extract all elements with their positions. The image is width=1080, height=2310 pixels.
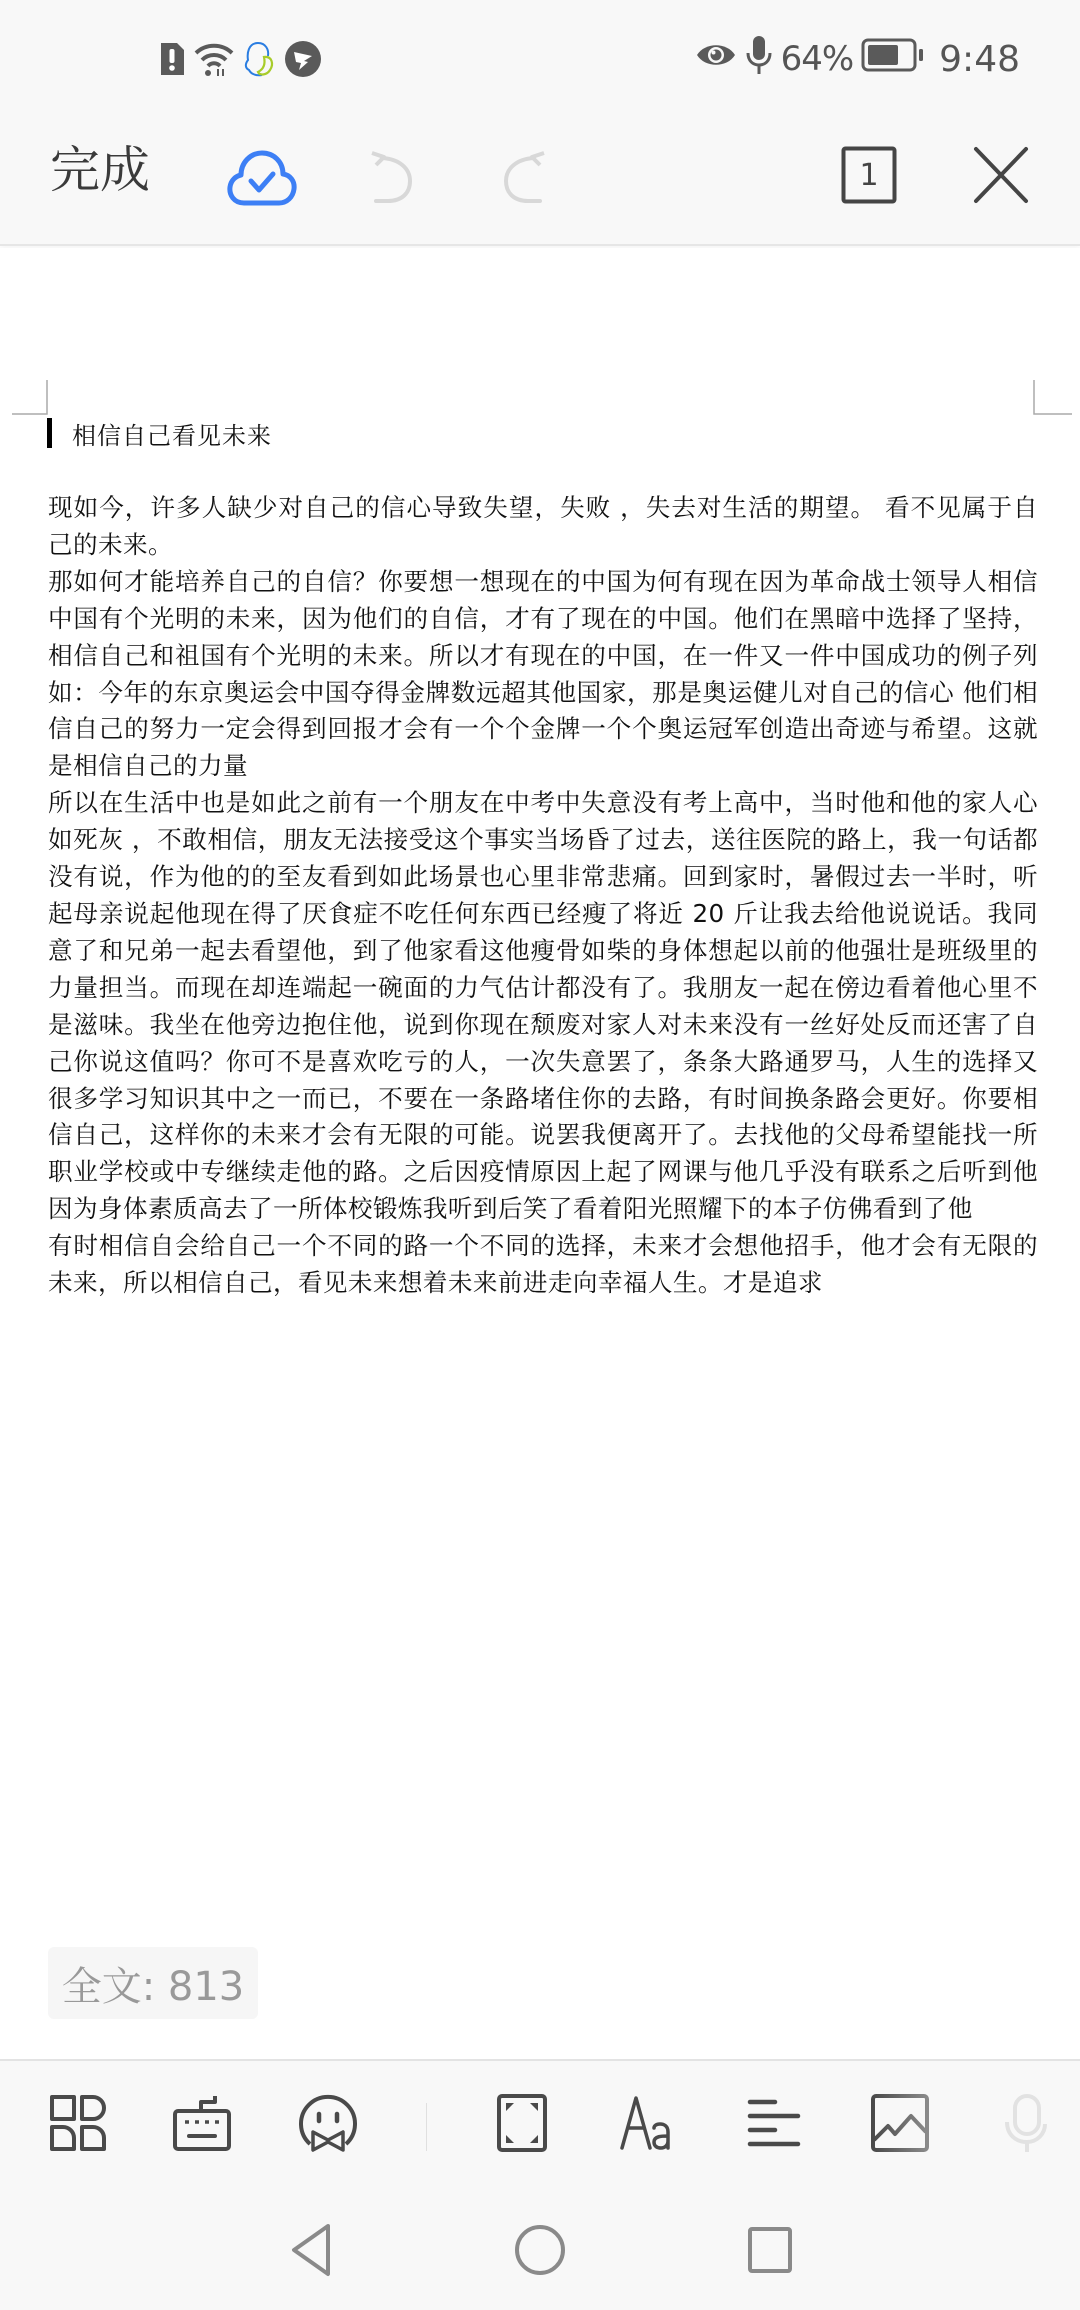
eye-comfort-icon <box>695 39 737 79</box>
clock: 9:48 <box>939 39 1020 80</box>
back-icon[interactable] <box>282 2220 342 2280</box>
done-button[interactable]: 完成 <box>50 140 150 200</box>
apps-grid-icon[interactable] <box>48 2093 108 2153</box>
voice-input-icon[interactable] <box>996 2093 1056 2153</box>
paragraph[interactable]: 有时相信自会给自己一个不同的路一个不同的选择，未来才会想他招手，他才会有无限的未… <box>48 1228 1038 1302</box>
font-style-icon[interactable] <box>618 2093 678 2153</box>
paragraph-align-icon[interactable] <box>744 2093 804 2153</box>
battery-icon <box>861 38 925 81</box>
paragraph[interactable]: 现如今，许多人缺少对自己的信心导致失望，失败 ，失去对生活的期望。 看不见属于自… <box>48 490 1038 564</box>
margin-corner-top-right <box>1032 380 1072 420</box>
battery-percent: 64% <box>781 39 854 79</box>
emoji-bowtie-icon[interactable] <box>298 2093 358 2153</box>
margin-corner-top-left <box>12 380 50 420</box>
keyboard-icon[interactable] <box>172 2093 232 2153</box>
qq-call-icon <box>242 40 276 82</box>
page-count: 1 <box>840 145 898 205</box>
insert-image-icon[interactable] <box>870 2093 930 2153</box>
status-right: 64% 9:48 <box>695 36 1020 82</box>
status-left-icons <box>158 40 322 82</box>
paragraph[interactable]: 所以在生活中也是如此之前有一个朋友在中考中失意没有考上高中，当时他和他的家人心如… <box>48 785 1038 1228</box>
text-cursor <box>47 418 52 448</box>
fullscreen-icon[interactable] <box>492 2093 552 2153</box>
close-icon[interactable] <box>970 144 1032 206</box>
page-count-button[interactable]: 1 <box>840 145 898 205</box>
alert-notification-icon <box>158 41 186 81</box>
recents-icon[interactable] <box>740 2220 800 2280</box>
document-title[interactable]: 相信自己看见未来 <box>72 416 272 451</box>
document-body[interactable]: 现如今，许多人缺少对自己的信心导致失望，失败 ，失去对生活的期望。 看不见属于自… <box>48 490 1038 1302</box>
microphone-icon <box>745 35 773 84</box>
document-title-row[interactable]: 相信自己看见未来 <box>47 418 272 448</box>
paragraph[interactable]: 那如何才能培养自己的自信？你要想一想现在的中国为何有现在因为革命战士领导人相信中… <box>48 564 1038 785</box>
status-bar: 64% 9:48 <box>0 0 1080 100</box>
system-nav-bar <box>0 2190 1080 2310</box>
redo-icon[interactable] <box>496 146 552 206</box>
cloud-saved-icon[interactable] <box>224 146 300 210</box>
document-canvas[interactable]: 相信自己看见未来 现如今，许多人缺少对自己的信心导致失望，失败 ，失去对生活的期… <box>0 248 1080 2058</box>
app-root: 64% 9:48 完成 1 <box>0 0 1080 2310</box>
bottom-toolbar <box>0 2059 1080 2190</box>
wifi-icon <box>194 41 234 81</box>
editor-header: 完成 1 <box>0 100 1080 246</box>
undo-icon[interactable] <box>364 146 420 206</box>
home-icon[interactable] <box>510 2220 570 2280</box>
toolbar-divider <box>426 2103 427 2151</box>
dingtalk-icon <box>284 40 322 82</box>
word-count-badge[interactable]: 全文: 813 <box>48 1947 258 2019</box>
